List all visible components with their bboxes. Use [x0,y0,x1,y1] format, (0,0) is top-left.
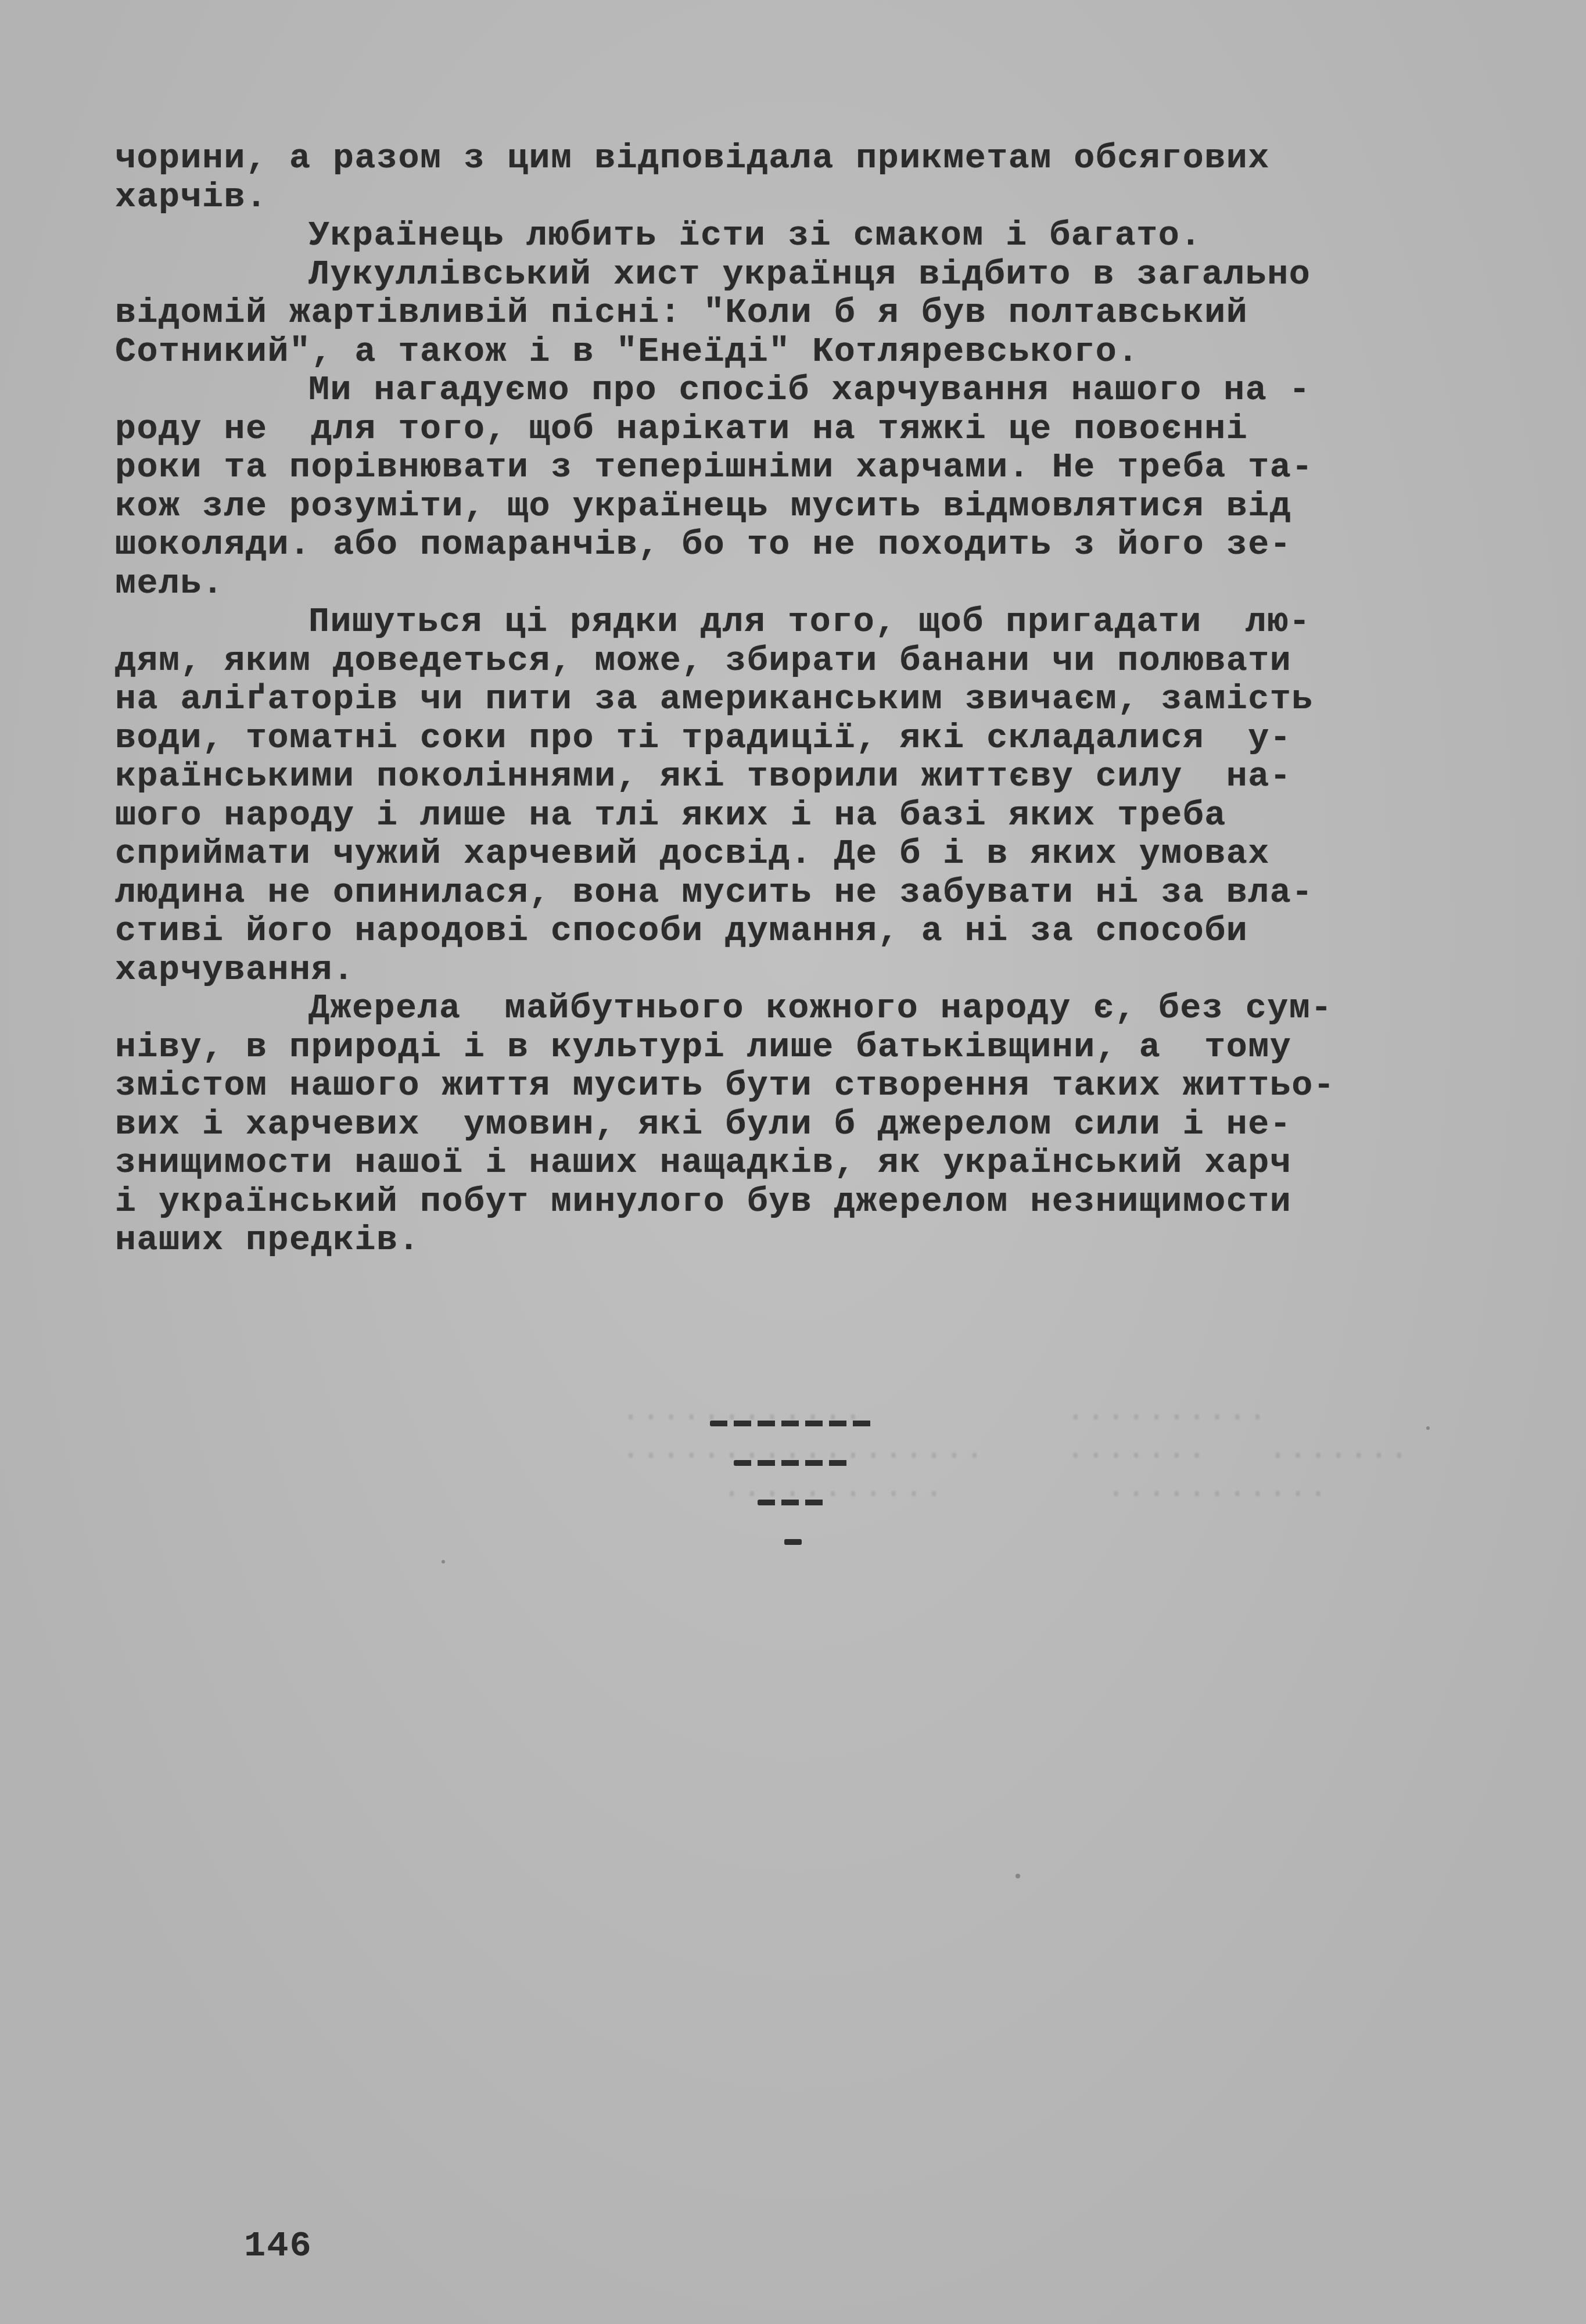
separator-row [758,1500,829,1505]
paragraph: Джерела майбутнього кожного народу є, бе… [115,989,1498,1260]
text-line: вих і харчевих умовин, які були б джерел… [115,1106,1498,1145]
text-line: людина не опинилася, вона мусить не забу… [115,874,1498,913]
paragraph: Пишуться ці рядки для того, щоб пригадат… [115,603,1498,989]
text-line: країнськими поколіннями, які творили жит… [115,758,1498,797]
text-line: харчів. [115,178,1498,217]
separator-row [710,1421,877,1426]
ink-speck [1016,1874,1020,1878]
text-line: Пишуться ці рядки для того, щоб пригадат… [115,603,1498,642]
end-of-section-separator [0,1421,1586,1579]
paragraph: Лукуллівський хист українця відбито в за… [115,256,1498,372]
text-line: знищимости нашої і наших нащадків, як ук… [115,1144,1498,1183]
paragraph: Українець любить їсти зі смаком і багато… [115,217,1498,256]
text-line: і український побут минулого був джерело… [115,1183,1498,1222]
paragraph-continuation: чорини, а разом з цим відповідала прикме… [115,139,1498,217]
text-line: харчування. [115,951,1498,990]
separator-row [784,1539,802,1545]
text-line: Ми нагадуємо про спосіб харчування нашог… [115,371,1498,410]
text-line: Лукуллівський хист українця відбито в за… [115,256,1498,295]
text-line: роки та порівнювати з теперішніми харчам… [115,449,1498,487]
text-line: Сотникий", а також і в "Енеїді" Котлярев… [115,333,1498,372]
text-line: шоколяди. або помаранчів, бо то не поход… [115,526,1498,565]
text-line: Джерела майбутнього кожного народу є, бе… [115,989,1498,1028]
text-line: кож зле розуміти, що українець мусить ві… [115,487,1498,526]
text-line: Українець любить їсти зі смаком і багато… [115,217,1498,256]
text-line: шого народу і лише на тлі яких і на базі… [115,797,1498,835]
paragraph: Ми нагадуємо про спосіб харчування нашог… [115,371,1498,603]
page-number: 146 [244,2225,313,2266]
ink-speck [442,1560,445,1563]
text-line: роду не для того, щоб нарікати на тяжкі … [115,410,1498,449]
separator-row [734,1460,853,1466]
text-line: ніву, в природі і в культурі лише батькі… [115,1028,1498,1067]
text-line: чорини, а разом з цим відповідала прикме… [115,139,1498,178]
text-line: стиві його народові способи думання, а н… [115,912,1498,951]
text-line: мель. [115,565,1498,604]
typewritten-page-body: чорини, а разом з цим відповідала прикме… [115,139,1498,1260]
text-line: сприймати чужий харчевий досвід. Де б і … [115,835,1498,874]
text-line: води, томатні соки про ті традиції, які … [115,719,1498,758]
text-line: наших предків. [115,1221,1498,1260]
text-line: змістом нашого життя мусить бути створен… [115,1067,1498,1106]
text-line: дям, яким доведеться, може, збирати бана… [115,642,1498,681]
ink-speck [1426,1426,1430,1430]
text-line: відомій жартівливій пісні: "Коли б я був… [115,294,1498,333]
text-line: на аліґаторів чи пити за американським з… [115,680,1498,719]
